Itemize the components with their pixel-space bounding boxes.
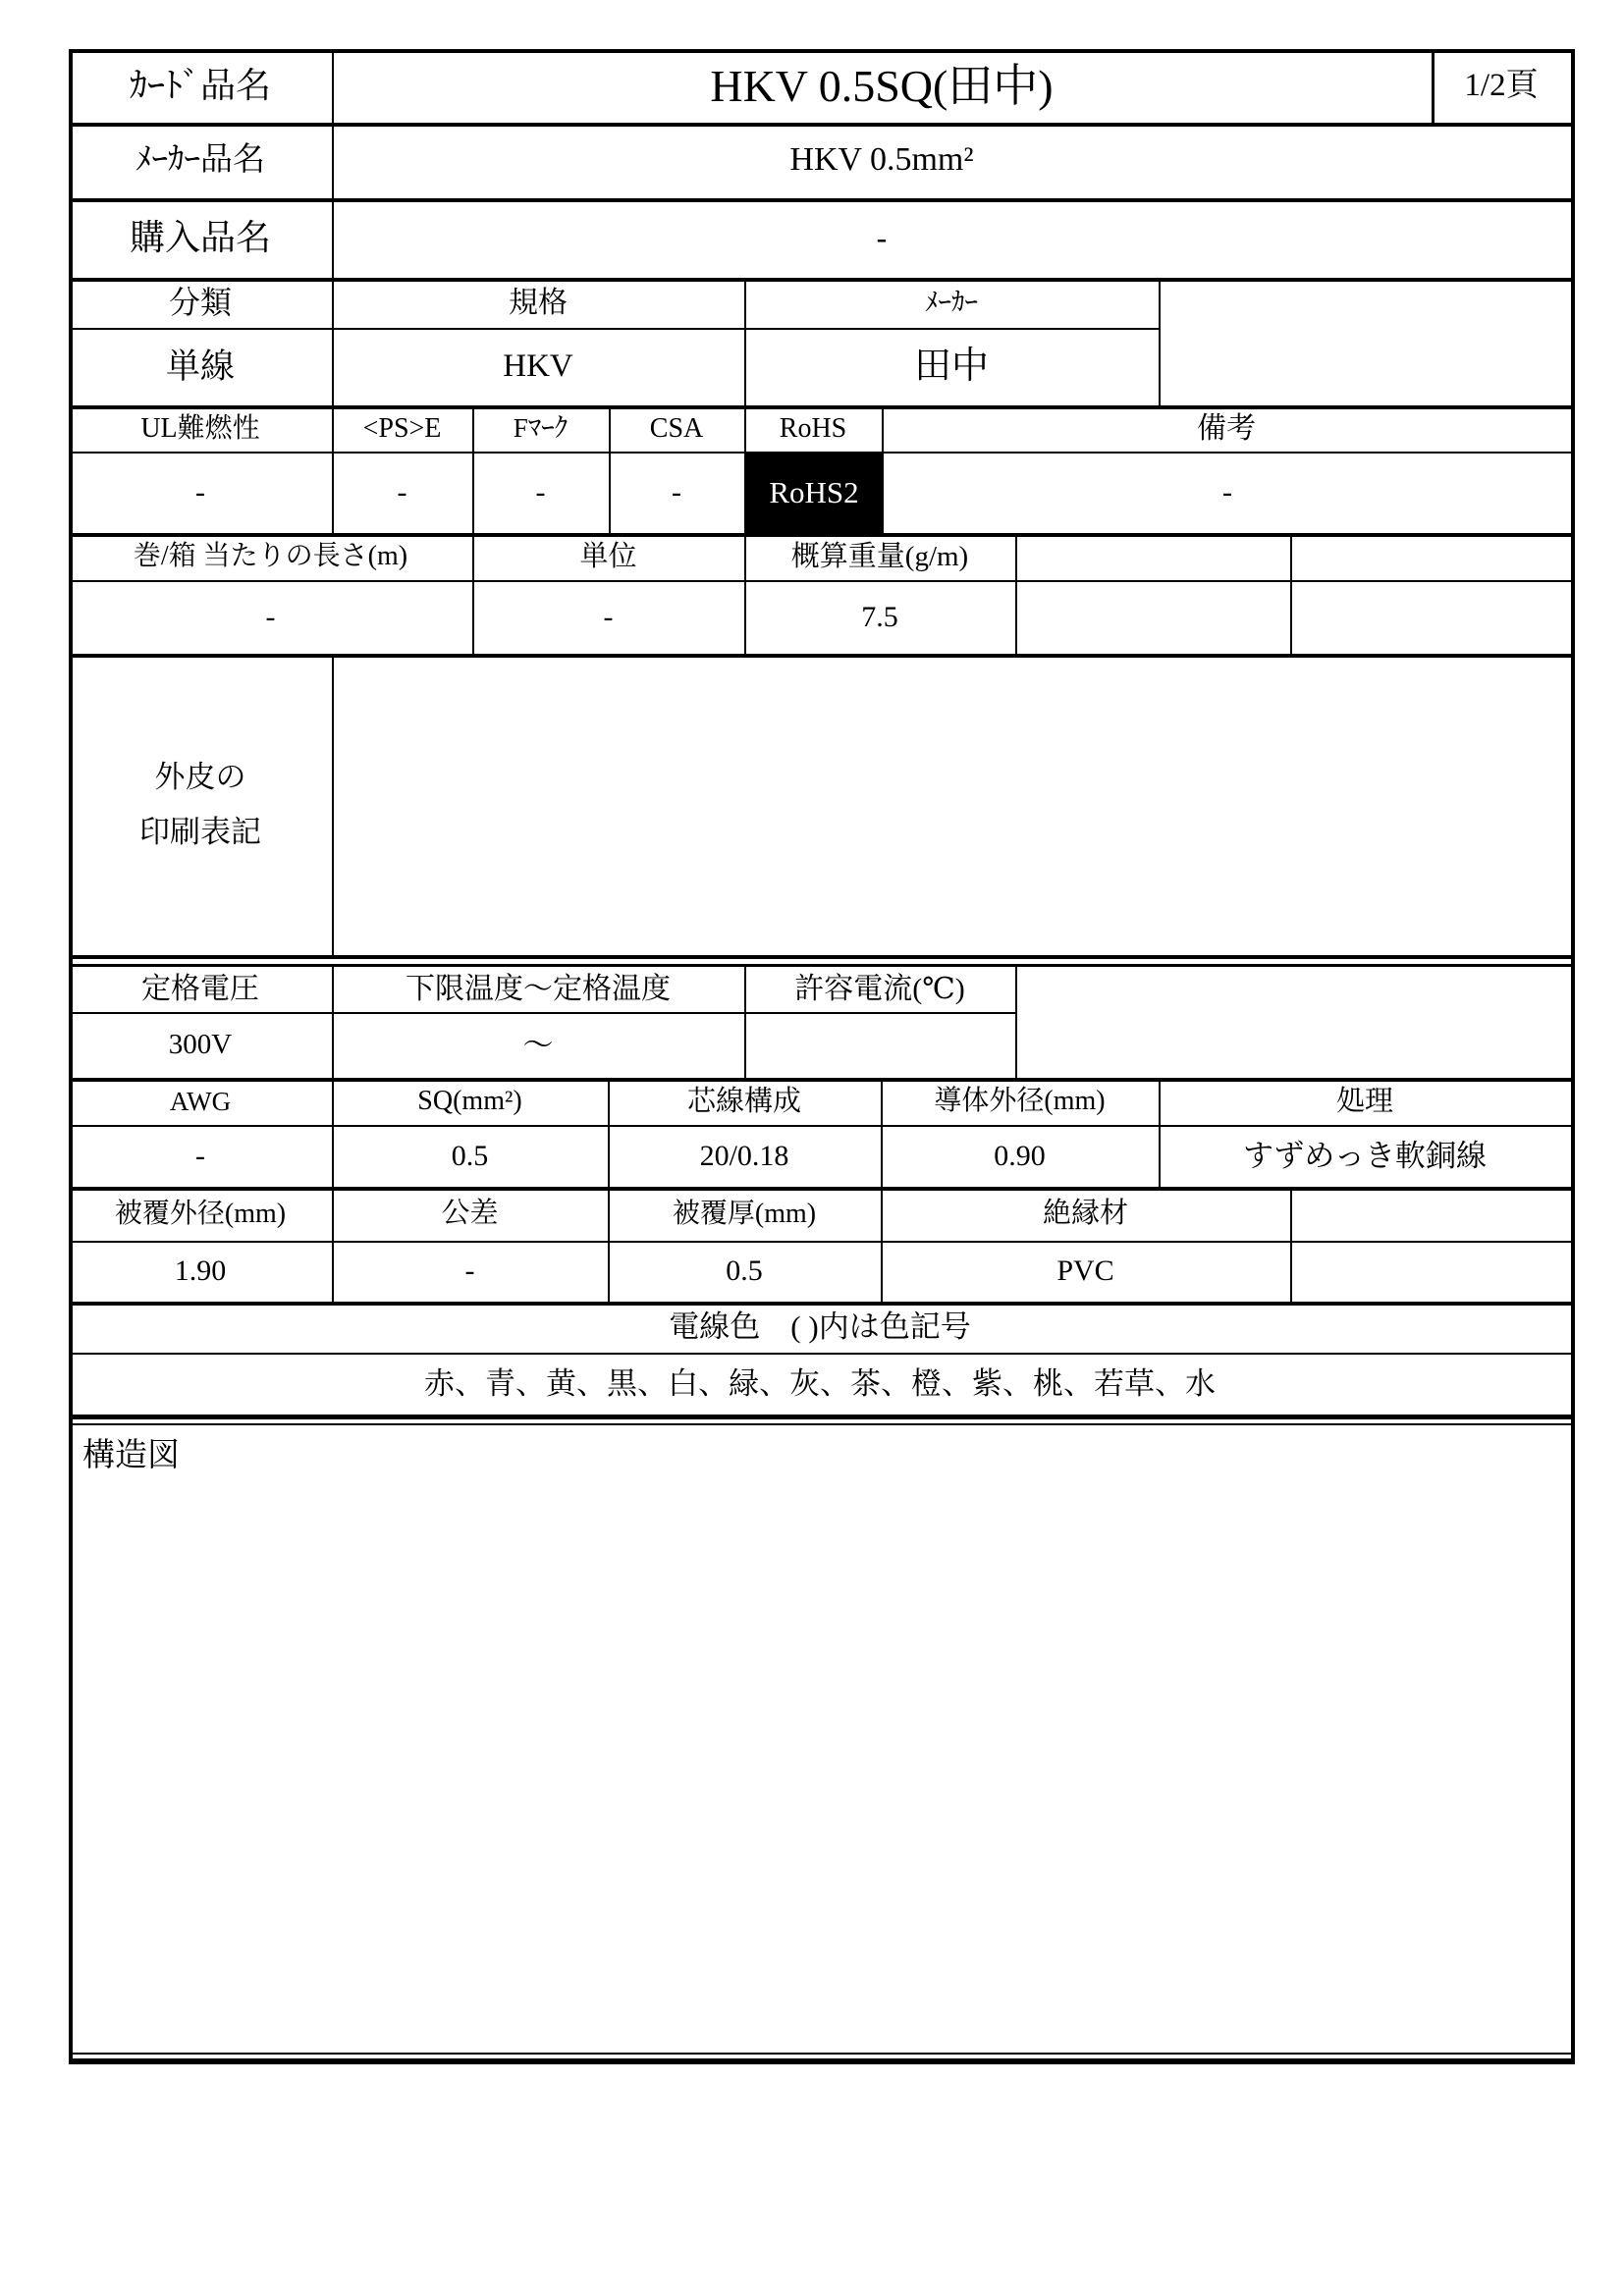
table-border-bottom <box>69 2058 1575 2064</box>
temp-range-header: 下限温度～定格温度 <box>332 967 744 1012</box>
table-border-v <box>1015 967 1017 1078</box>
approx-weight-value: 7.5 <box>744 580 1015 654</box>
rated-voltage-value: 300V <box>69 1012 332 1078</box>
length-per-roll-header: 巻/箱 当たりの長さ(m) <box>69 533 472 580</box>
csa-header: CSA <box>609 405 744 452</box>
rated-voltage-header: 定格電圧 <box>69 967 332 1012</box>
fmark-header: Fﾏｰｸ <box>472 405 609 452</box>
awg-header: AWG <box>69 1078 332 1125</box>
maker-value: 田中 <box>744 328 1159 405</box>
fmark-value: - <box>472 452 609 533</box>
maker-name-label: ﾒｰｶｰ品名 <box>69 123 332 198</box>
table-border-v <box>1290 1187 1292 1302</box>
table-border-v <box>1290 533 1292 654</box>
card-name-label: ｶｰﾄﾞ品名 <box>69 49 332 123</box>
structure-diagram-label: 構造図 <box>73 1425 180 1476</box>
length-per-roll-value: - <box>69 580 472 654</box>
table-border-v <box>1015 533 1017 654</box>
structure-diagram-box: 構造図 <box>73 1425 1571 2053</box>
purchase-name-value: - <box>332 198 1432 278</box>
sheath-print-label-line2: 印刷表記 <box>139 805 261 860</box>
maker-column-header: ﾒｰｶｰ <box>744 278 1159 328</box>
rohs-status-badge: RoHS2 <box>744 452 884 533</box>
core-structure-header: 芯線構成 <box>608 1078 881 1125</box>
csa-value: - <box>609 452 744 533</box>
pse-header: <PS>E <box>332 405 472 452</box>
treatment-value: すずめっき軟銅線 <box>1159 1125 1571 1187</box>
conductor-od-header: 導体外径(mm) <box>881 1078 1159 1125</box>
coating-thickness-header: 被覆厚(mm) <box>608 1187 881 1241</box>
standard-column-header: 規格 <box>332 278 744 328</box>
unit-header: 単位 <box>472 533 744 580</box>
core-structure-value: 20/0.18 <box>608 1125 881 1187</box>
classification-label: 分類 <box>69 278 332 328</box>
wire-color-title: 電線色 ( )内は色記号 <box>69 1302 1571 1353</box>
card-name-value: HKV 0.5SQ(田中) <box>332 49 1432 123</box>
sheath-print-label: 外皮の 印刷表記 <box>69 654 332 955</box>
insulation-value: PVC <box>881 1241 1290 1302</box>
remarks-header: 備考 <box>882 405 1571 452</box>
spec-sheet-page: ｶｰﾄﾞ品名 HKV 0.5SQ(田中) 1/2頁 ﾒｰｶｰ品名 HKV 0.5… <box>0 0 1624 2296</box>
purchase-name-label: 購入品名 <box>69 198 332 278</box>
wire-color-list: 赤、青、黄、黒、白、緑、灰、茶、橙、紫、桃、若草、水 <box>69 1353 1571 1415</box>
table-border-v <box>1159 278 1161 405</box>
sheath-print-label-line1: 外皮の <box>155 750 246 805</box>
table-border-h <box>69 2053 1575 2055</box>
insulation-header: 絶縁材 <box>881 1187 1290 1241</box>
standard-value: HKV <box>332 328 744 405</box>
coating-od-value: 1.90 <box>69 1241 332 1302</box>
sheath-print-value <box>334 654 1571 955</box>
table-border-h <box>69 955 1575 959</box>
rohs-header: RoHS <box>744 405 882 452</box>
allowable-current-value <box>744 1012 1015 1078</box>
ul-flammability-value: - <box>69 452 332 533</box>
pse-value: - <box>332 452 472 533</box>
approx-weight-header: 概算重量(g/m) <box>744 533 1015 580</box>
awg-value: - <box>69 1125 332 1187</box>
sq-header: SQ(mm²) <box>332 1078 608 1125</box>
coating-od-header: 被覆外径(mm) <box>69 1187 332 1241</box>
table-border-h <box>69 1415 1575 1419</box>
wire-type-value: 単線 <box>69 328 332 405</box>
treatment-header: 処理 <box>1159 1078 1571 1125</box>
conductor-od-value: 0.90 <box>881 1125 1159 1187</box>
ul-flammability-header: UL難燃性 <box>69 405 332 452</box>
coating-thickness-value: 0.5 <box>608 1241 881 1302</box>
remarks-value: - <box>884 452 1571 533</box>
tolerance-header: 公差 <box>332 1187 608 1241</box>
table-border-right <box>1571 49 1575 2064</box>
sq-value: 0.5 <box>332 1125 608 1187</box>
tolerance-value: - <box>332 1241 608 1302</box>
page-number: 1/2頁 <box>1432 49 1571 123</box>
temp-range-value: ～ <box>332 1012 744 1078</box>
allowable-current-header: 許容電流(℃) <box>744 967 1015 1012</box>
unit-value: - <box>472 580 744 654</box>
maker-name-value: HKV 0.5mm² <box>332 123 1432 198</box>
